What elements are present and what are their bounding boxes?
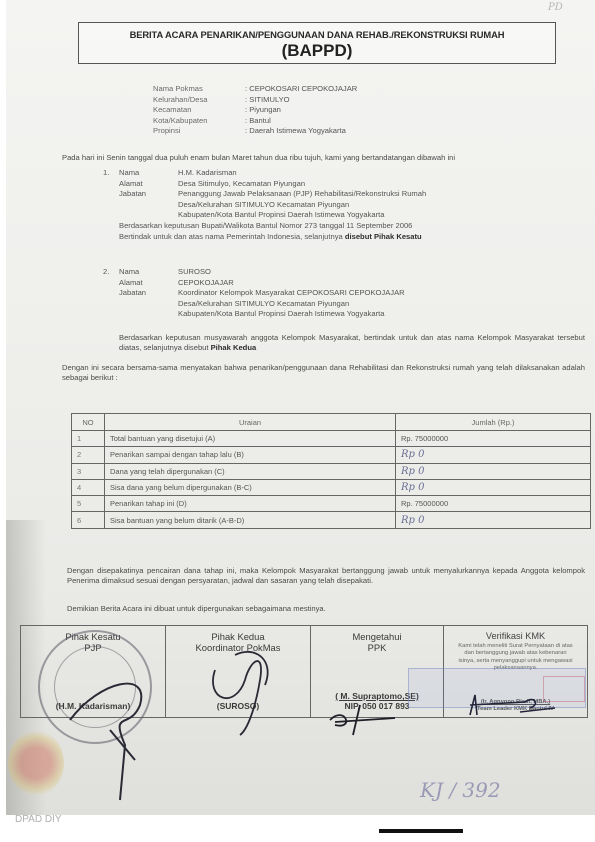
signature-role: Mengetahui	[312, 631, 442, 642]
column-header-amount: Jumlah (Rp.)	[396, 414, 591, 431]
meta-row: Propinsi: Daerah Istimewa Yogyakarta	[153, 126, 357, 137]
row-amount: Rp. 75000000	[396, 496, 591, 512]
meta-value: : SITIMULYO	[245, 95, 290, 106]
field-label: Nama	[119, 168, 178, 179]
row-number: 5	[72, 496, 105, 512]
party-position: Kabupaten/Kota Bantul Propinsi Daerah Is…	[103, 309, 405, 320]
dpad-logo-watermark	[8, 730, 64, 796]
party-address: CEPOKOJAJAR	[178, 278, 234, 289]
row-description: Dana yang telah dipergunakan (C)	[105, 463, 396, 479]
row-amount: Rp. 75000000	[396, 431, 591, 447]
meta-value: : Bantul	[245, 116, 271, 127]
party-name: SUROSO	[178, 267, 211, 278]
signature-kmk-scribble	[465, 690, 565, 720]
row-amount: Rp 0	[396, 463, 591, 479]
row-description: Sisa dana yang belum dipergunakan (B-C)	[105, 479, 396, 495]
meta-value: : Daerah Istimewa Yogyakarta	[245, 126, 346, 137]
row-description: Penarikan tahap ini (D)	[105, 496, 396, 512]
meta-row: Kelurahan/Desa: SITIMULYO	[153, 95, 357, 106]
verification-title: Verifikasi KMK	[445, 631, 586, 641]
field-label: Jabatan	[119, 189, 178, 200]
row-description: Sisa bantuan yang belum ditarik (A-B-D)	[105, 512, 396, 528]
party-name: H.M. Kadarisman	[178, 168, 237, 179]
statement-text: Dengan ini secara bersama-sama menyataka…	[62, 363, 585, 384]
party-acting: Bertindak untuk dan atas nama Pemerintah…	[103, 232, 426, 243]
signature-role: PPK	[312, 642, 442, 653]
row-amount: Rp 0	[396, 479, 591, 495]
basis-bold: Pihak Kedua	[211, 343, 257, 352]
closing-statement: Demikian Berita Acara ini dibuat untuk d…	[67, 604, 326, 613]
party-number: 2.	[103, 267, 119, 278]
table-row: 4Sisa dana yang belum dipergunakan (B-C)…	[72, 479, 591, 495]
party-position: Kabupaten/Kota Bantul Propinsi Daerah Is…	[103, 210, 426, 221]
black-bar	[379, 829, 463, 833]
field-label: Alamat	[119, 179, 178, 190]
watermark-text: DPAD DIY	[15, 814, 62, 825]
corner-handwritten-mark: PD	[548, 2, 563, 13]
meta-value: : Piyungan	[245, 105, 281, 116]
meta-label: Propinsi	[153, 126, 245, 137]
party-position: Koordinator Kelompok Masyarakat CEPOKOSA…	[178, 288, 405, 299]
row-number: 6	[72, 512, 105, 528]
row-description: Total bantuan yang disetujui (A)	[105, 431, 396, 447]
meta-row: Kecamatan: Piyungan	[153, 105, 357, 116]
document-title-box: BERITA ACARA PENARIKAN/PENGGUNAAN DANA R…	[78, 22, 556, 64]
table-row: 2Penarikan sampai dengan tahap lalu (B)R…	[72, 447, 591, 463]
party-position: Desa/Kelurahan SITIMULYO Kecamatan Piyun…	[103, 200, 426, 211]
row-number: 4	[72, 479, 105, 495]
party-one: 1.NamaH.M. Kadarisman AlamatDesa Sitimul…	[103, 168, 426, 242]
field-label: Nama	[119, 267, 178, 278]
party-basis: Berdasarkan keputusan Bupati/Walikota Ba…	[103, 221, 426, 232]
field-label: Alamat	[119, 278, 178, 289]
acting-text: Bertindak untuk dan atas nama Pemerintah…	[119, 232, 345, 241]
party-two: 2.NamaSUROSO AlamatCEPOKOJAJAR JabatanKo…	[103, 267, 405, 320]
handwritten-reference-number: KJ / 392	[420, 778, 501, 802]
intro-text: Pada hari ini Senin tanggal dua puluh en…	[62, 153, 455, 162]
document-title: BERITA ACARA PENARIKAN/PENGGUNAAN DANA R…	[79, 29, 555, 40]
column-header-no: NO	[72, 414, 105, 431]
table-row: 3Dana yang telah dipergunakan (C)Rp 0	[72, 463, 591, 479]
party-two-basis: Berdasarkan keputusan musyawarah anggota…	[119, 333, 585, 354]
signature-ppk-scribble	[325, 700, 415, 740]
meta-label: Nama Pokmas	[153, 84, 245, 95]
row-amount: Rp 0	[396, 512, 591, 528]
meta-row: Kota/Kabupaten: Bantul	[153, 116, 357, 127]
row-number: 2	[72, 447, 105, 463]
financial-table: NO Uraian Jumlah (Rp.) 1Total bantuan ya…	[71, 413, 591, 529]
meta-value: : CEPOKOSARI CEPOKOJAJAR	[245, 84, 357, 95]
table-row: 1Total bantuan yang disetujui (A)Rp. 750…	[72, 431, 591, 447]
party-position: Desa/Kelurahan SITIMULYO Kecamatan Piyun…	[103, 299, 405, 310]
table-row: 6Sisa bantuan yang belum ditarik (A-B-D)…	[72, 512, 591, 528]
acting-bold: disebut Pihak Kesatu	[345, 232, 422, 241]
basis-text: Berdasarkan keputusan musyawarah anggota…	[119, 333, 585, 352]
party-position: Penanggung Jawab Pelaksanaan (PJP) Rehab…	[178, 189, 426, 200]
document-abbreviation: (BAPPD)	[79, 41, 555, 61]
party-number: 1.	[103, 168, 119, 179]
table-row: 5Penarikan tahap ini (D)Rp. 75000000	[72, 496, 591, 512]
pokmas-info: Nama Pokmas: CEPOKOSARI CEPOKOJAJAR Kelu…	[153, 84, 357, 137]
party-address: Desa Sitimulyo, Kecamatan Piyungan	[178, 179, 305, 190]
row-number: 3	[72, 463, 105, 479]
meta-label: Kecamatan	[153, 105, 245, 116]
signature-party-two-scribble	[205, 640, 285, 740]
column-header-description: Uraian	[105, 414, 396, 431]
meta-label: Kelurahan/Desa	[153, 95, 245, 106]
row-amount: Rp 0	[396, 447, 591, 463]
signature-party-one-scribble	[60, 650, 170, 810]
meta-label: Kota/Kabupaten	[153, 116, 245, 127]
closing-text: Dengan disepakatinya pencairan dana taha…	[67, 566, 585, 587]
row-number: 1	[72, 431, 105, 447]
field-label: Jabatan	[119, 288, 178, 299]
row-description: Penarikan sampai dengan tahap lalu (B)	[105, 447, 396, 463]
meta-row: Nama Pokmas: CEPOKOSARI CEPOKOJAJAR	[153, 84, 357, 95]
